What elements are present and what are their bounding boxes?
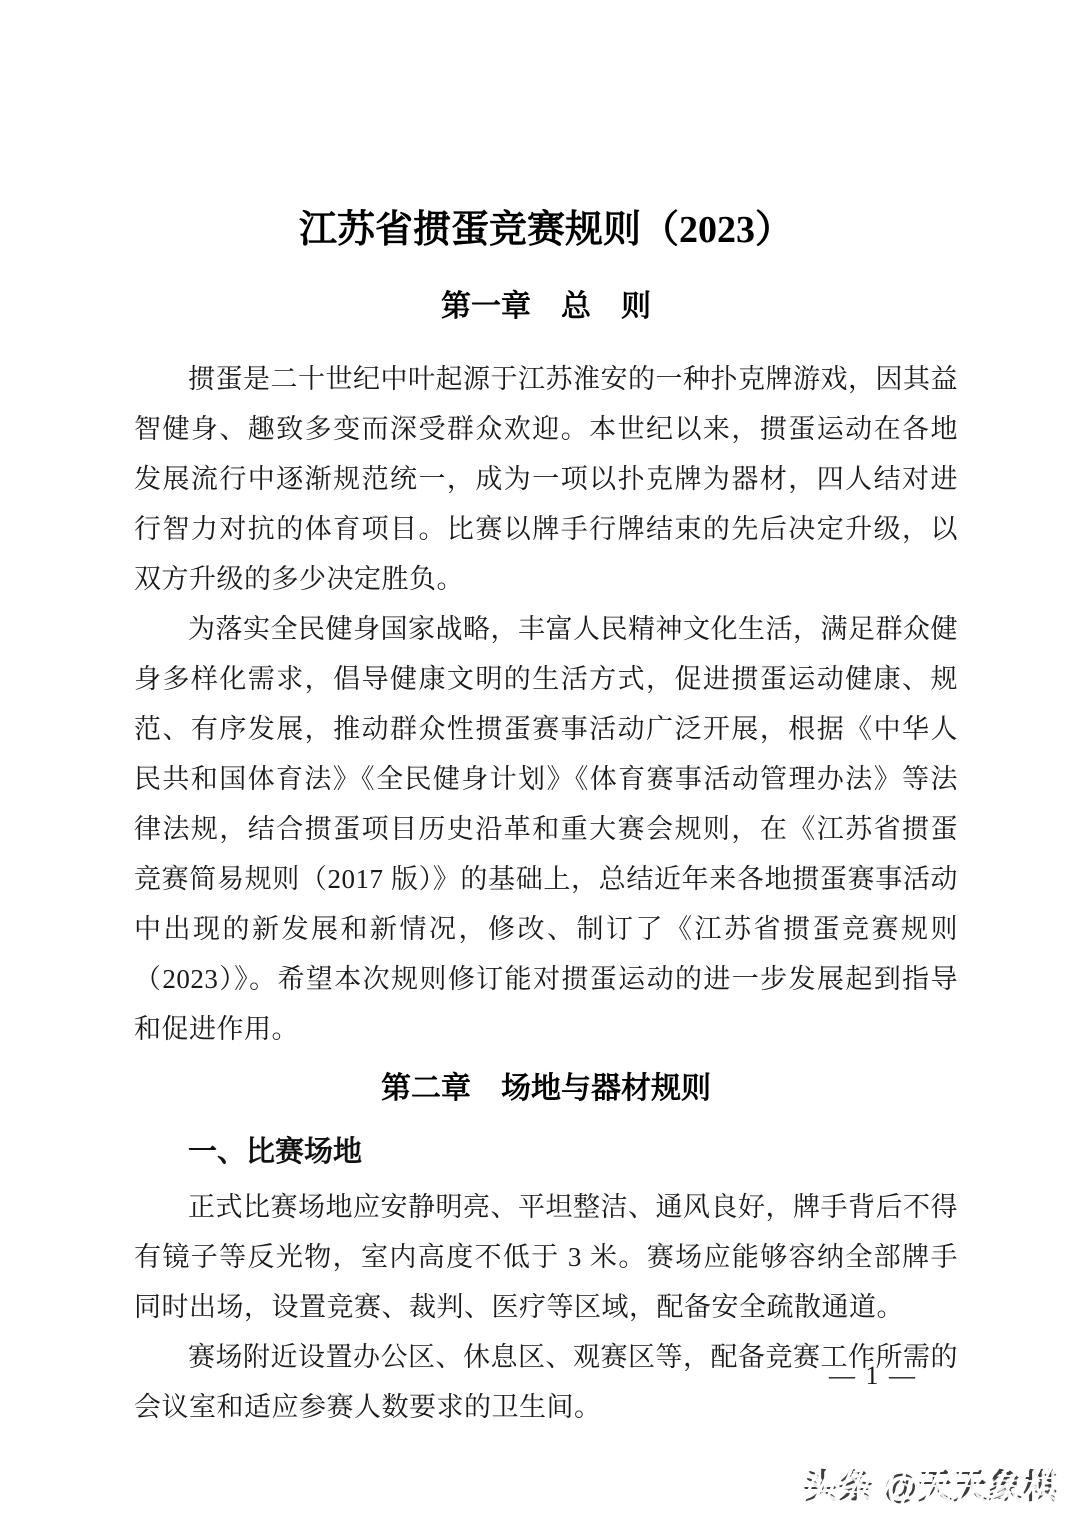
chapter-one-paragraph-2: 为落实全民健身国家战略，丰富人民精神文化生活，满足群众健身多样化需求，倡导健康文… — [134, 604, 958, 1054]
section-one-paragraph-1: 正式比赛场地应安静明亮、平坦整洁、通风良好，牌手背后不得有镜子等反光物，室内高度… — [134, 1182, 958, 1332]
chapter-one-paragraph-1: 掼蛋是二十世纪中叶起源于江苏淮安的一种扑克牌游戏，因其益智健身、趣致多变而深受群… — [134, 354, 958, 604]
chapter-two-heading: 第二章 场地与器材规则 — [134, 1070, 958, 1108]
document-content: 江苏省掼蛋竞赛规则（2023） 第一章 总 则 掼蛋是二十世纪中叶起源于江苏淮安… — [134, 0, 958, 1432]
document-page: 江苏省掼蛋竞赛规则（2023） 第一章 总 则 掼蛋是二十世纪中叶起源于江苏淮安… — [0, 0, 1080, 1526]
document-title: 江苏省掼蛋竞赛规则（2023） — [134, 0, 958, 254]
chapter-one-heading: 第一章 总 则 — [134, 288, 958, 326]
toutiao-watermark: 头条 @天天象棋 — [803, 1459, 1058, 1508]
section-heading-competition-venue: 一、比赛场地 — [134, 1134, 958, 1170]
page-number: — 1 — — [829, 1360, 917, 1392]
